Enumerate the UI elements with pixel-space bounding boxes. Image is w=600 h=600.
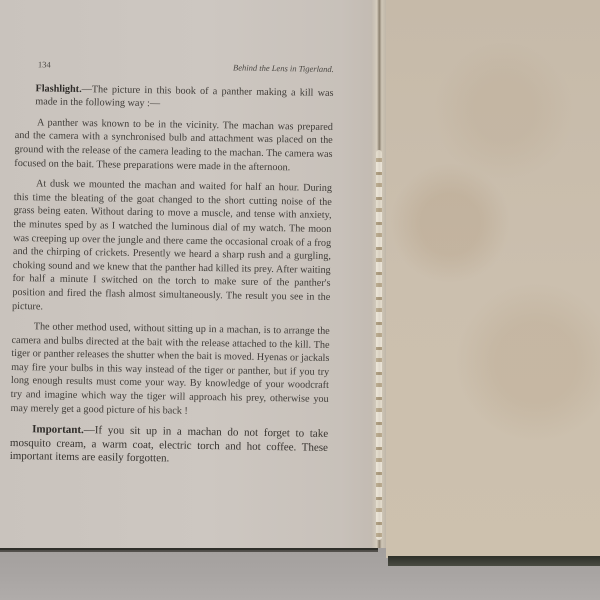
paragraph: At dusk we mounted the machan and waited… <box>12 177 332 318</box>
page-number: 134 <box>38 58 51 72</box>
section-heading-important: Important. <box>32 424 84 437</box>
flashlight-intro: Flashlight.—The picture in this book of … <box>15 82 333 114</box>
important-note: Important.—If you sit up in a machan do … <box>10 423 329 468</box>
right-page-blank <box>386 0 600 558</box>
paragraph: The other method used, without sitting u… <box>10 320 329 420</box>
book-cover-edge-right <box>388 556 600 566</box>
running-head: 134 Behind the Lens in Tigerland. <box>38 58 334 76</box>
left-page: 134 Behind the Lens in Tigerland. Flashl… <box>0 0 378 550</box>
paragraph: A panther was known to be in the vicinit… <box>14 116 333 175</box>
spine-crack <box>376 150 382 540</box>
section-heading-flashlight: Flashlight. <box>35 83 81 95</box>
page-text-block: 134 Behind the Lens in Tigerland. Flashl… <box>10 58 334 469</box>
running-title: Behind the Lens in Tigerland. <box>233 61 334 76</box>
